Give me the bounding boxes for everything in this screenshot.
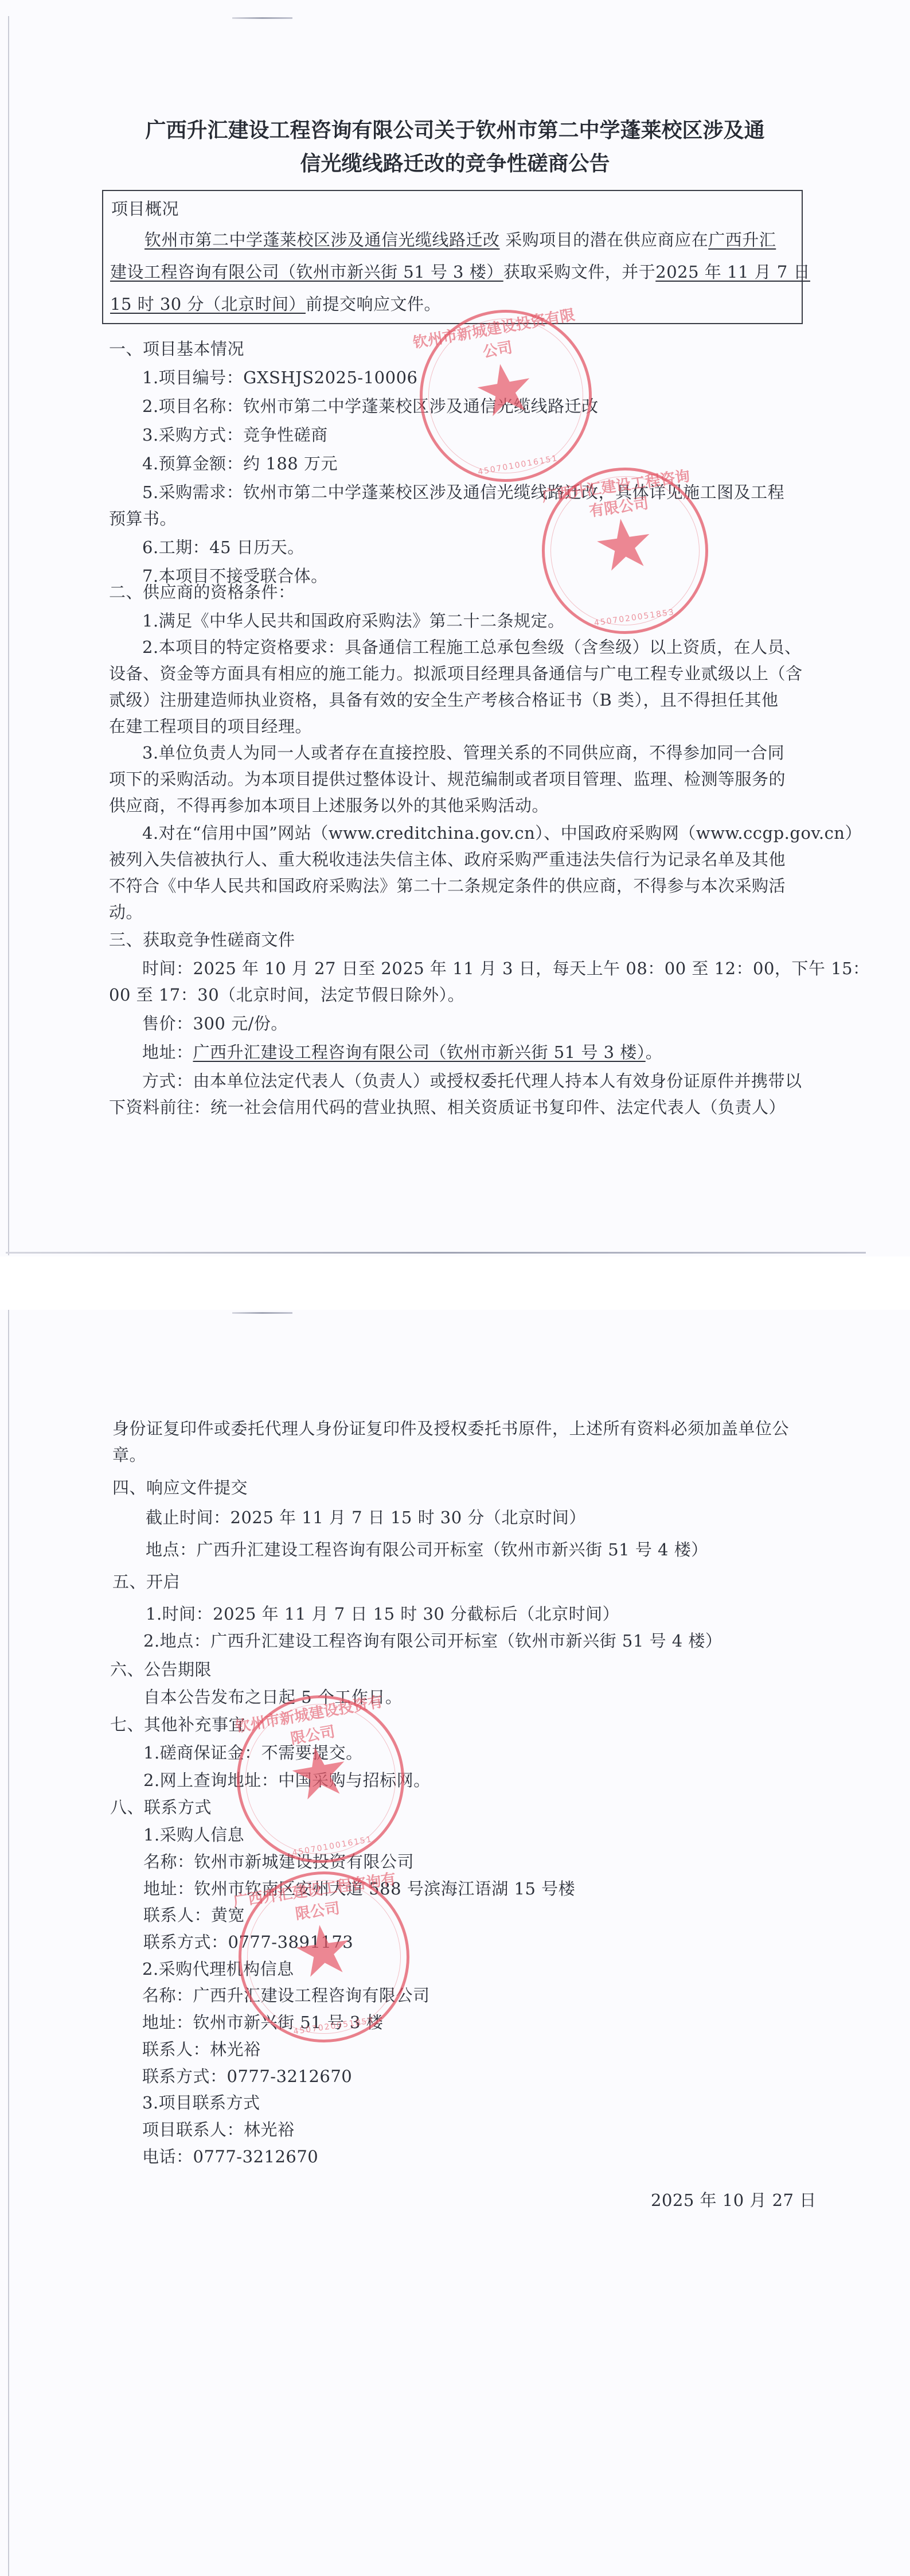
section-2-line: 2.本项目的特定资格要求：具备通信工程施工总承包叁级（含叁级）以上资质，在人员、 xyxy=(142,636,802,659)
section-1-item: 1.项目编号：GXSHJS2025-10006 xyxy=(142,366,418,389)
section-4-heading: 四、响应文件提交 xyxy=(112,1476,248,1499)
project-name-underlined: 钦州市第二中学蓬莱校区涉及通信光缆线路迁改 xyxy=(144,230,500,250)
deadline-time-underlined: 15 时 30 分（北京时间） xyxy=(110,294,306,314)
address-label: 地址： xyxy=(142,1042,193,1062)
section-3-method: 身份证复印件或委托代理人身份证复印件及授权委托书原件，上述所有资料必须加盖单位公 xyxy=(112,1417,789,1440)
project-contact-phone: 电话：0777-3212670 xyxy=(142,2145,318,2168)
section-2-line: 被列入失信被执行人、重大税收违法失信主体、政府采购严重违法失信行为记录名单及其他 xyxy=(109,848,786,871)
page-edge xyxy=(8,16,9,1255)
section-3-time: 00 至 17：30（北京时间，法定节假日除外）。 xyxy=(109,983,464,1006)
section-4-place: 地点：广西升汇建设工程咨询有限公司开标室（钦州市新兴街 51 号 4 楼） xyxy=(146,1538,708,1561)
section-3-address: 地址：广西升汇建设工程咨询有限公司（钦州市新兴街 51 号 3 楼）。 xyxy=(142,1041,662,1064)
section-2-line: 4.对在“信用中国”网站（www.creditchina.gov.cn）、中国政… xyxy=(142,822,862,845)
agency-name: 名称：广西升汇建设工程咨询有限公司 xyxy=(142,1984,430,2007)
purchaser-address: 地址：钦州市钦南区安州大道 588 号滨海江语湖 15 号楼 xyxy=(143,1877,575,1900)
purchaser-name: 名称：钦州市新城建设投资有限公司 xyxy=(143,1850,414,1873)
overview-line-1: 钦州市第二中学蓬莱校区涉及通信光缆线路迁改 采购项目的潜在供应商应在广西升汇 xyxy=(144,228,776,251)
section-3-method: 下资料前往：统一社会信用代码的营业执照、相关资质证书复印件、法定代表人（负责人） xyxy=(109,1096,786,1119)
section-1-item: 2.项目名称：钦州市第二中学蓬莱校区涉及通信光缆线路迁改 xyxy=(142,395,599,418)
section-8-heading: 八、联系方式 xyxy=(110,1796,212,1819)
section-2-line: 动。 xyxy=(109,901,143,924)
seal-code: 4507020051853 xyxy=(554,602,715,633)
document-title-line-2: 信光缆线路迁改的竞争性磋商公告 xyxy=(0,148,910,180)
scan-edge-line xyxy=(232,1312,292,1314)
section-1-item: 6.工期：45 日历天。 xyxy=(142,536,304,559)
address-value-underlined: 广西升汇建设工程咨询有限公司（钦州市新兴街 51 号 3 楼） xyxy=(193,1042,646,1062)
section-7-heading: 七、其他补充事宜 xyxy=(110,1713,245,1736)
agency-heading: 2.采购代理机构信息 xyxy=(142,1958,294,1980)
scan-edge-line xyxy=(6,1252,866,1254)
purchaser-heading: 1.采购人信息 xyxy=(143,1823,244,1846)
section-5-time: 1.时间：2025 年 11 月 7 日 15 时 30 分截标后（北京时间） xyxy=(146,1602,619,1625)
section-2-line: 贰级）注册建造师执业资格，具备有效的安全生产考核合格证书（B 类），且不得担任其… xyxy=(109,688,779,711)
section-1-item: 4.预算金额：约 188 万元 xyxy=(142,452,338,475)
project-contact-heading: 3.项目联系方式 xyxy=(142,2091,260,2114)
section-7-item: 1.磋商保证金：不需要提交。 xyxy=(143,1741,363,1764)
agency-contact: 联系人：林光裕 xyxy=(142,2038,261,2061)
section-2-heading: 二、供应商的资格条件： xyxy=(109,581,295,604)
section-5-place: 2.地点：广西升汇建设工程咨询有限公司开标室（钦州市新兴街 51 号 4 楼） xyxy=(143,1629,722,1652)
section-3-price: 售价：300 元/份。 xyxy=(142,1012,288,1035)
section-3-method: 方式：由本单位法定代表人（负责人）或授权委托代理人持本人有效身份证原件并携带以 xyxy=(142,1069,802,1092)
section-1-item: 3.采购方式：竞争性磋商 xyxy=(142,423,328,446)
star-icon: ★ xyxy=(589,507,659,584)
section-2-line: 1.满足《中华人民共和国政府采购法》第二十二条规定。 xyxy=(142,609,565,632)
overview-text: 采购项目的潜在供应商应在 xyxy=(505,230,708,250)
section-2-line: 不符合《中华人民共和国政府采购法》第二十二条规定条件的供应商，不得参与本次采购活 xyxy=(109,874,786,897)
project-contact-person: 项目联系人：林光裕 xyxy=(142,2118,295,2141)
purchaser-phone: 联系方式：0777-3891173 xyxy=(143,1931,353,1954)
address-end: 。 xyxy=(646,1042,663,1062)
section-2-line: 3.单位负责人为同一人或者存在直接控股、管理关系的不同供应商，不得参加同一合同 xyxy=(142,741,784,764)
section-4-deadline: 截止时间：2025 年 11 月 7 日 15 时 30 分（北京时间） xyxy=(146,1506,586,1529)
section-3-heading: 三、获取竞争性磋商文件 xyxy=(109,928,295,951)
purchaser-contact: 联系人：黄宽 xyxy=(143,1904,245,1927)
overview-line-3: 15 时 30 分（北京时间）前提交响应文件。 xyxy=(110,293,441,316)
agency-phone: 联系方式：0777-3212670 xyxy=(142,2065,352,2088)
page-1: 广西升汇建设工程咨询有限公司关于钦州市第二中学蓬莱校区涉及通 信光缆线路迁改的竞… xyxy=(0,0,910,1256)
scan-edge-line xyxy=(232,17,292,19)
section-5-heading: 五、开启 xyxy=(112,1570,180,1593)
section-2-line: 在建工程项目的项目经理。 xyxy=(109,715,312,738)
section-7-item: 2.网上查询地址：中国采购与招标网。 xyxy=(143,1769,431,1792)
deadline-date-underlined: 2025 年 11 月 7 日 xyxy=(655,262,810,282)
agency-name-underlined: 广西升汇 xyxy=(708,230,776,250)
overview-text: 前提交响应文件。 xyxy=(306,294,441,314)
overview-text: 获取采购文件，并于 xyxy=(503,262,656,282)
section-2-line: 供应商，不得再参加本项目上述服务以外的其他采购活动。 xyxy=(109,794,549,817)
overview-line-2: 建设工程咨询有限公司（钦州市新兴街 51 号 3 楼）获取采购文件，并于2025… xyxy=(110,260,810,283)
section-1-item: 预算书。 xyxy=(109,507,177,530)
section-3-method: 章。 xyxy=(112,1443,146,1466)
section-2-line: 设备、资金等方面具有相应的施工能力。拟派项目经理具备通信与广电工程专业贰级以上（… xyxy=(109,662,803,685)
section-1-item: 5.采购需求：钦州市第二中学蓬莱校区涉及通信光缆线路迁改，具体详见施工图及工程 xyxy=(142,481,784,504)
notice-date: 2025 年 10 月 27 日 xyxy=(651,2189,817,2212)
seal-code: 4507010016151 xyxy=(435,446,600,484)
agency-address-underlined: 建设工程咨询有限公司（钦州市新兴街 51 号 3 楼） xyxy=(110,262,503,282)
section-6-heading: 六、公告期限 xyxy=(110,1658,212,1681)
section-3-time: 时间：2025 年 10 月 27 日至 2025 年 11 月 3 日，每天上… xyxy=(142,957,870,980)
page-2 xyxy=(0,1310,910,2576)
page-edge xyxy=(8,1310,9,2576)
section-6-text: 自本公告发布之日起 5 个工作日。 xyxy=(143,1686,402,1709)
agency-address: 地址：钦州市新兴街 51 号 3 楼 xyxy=(142,2011,383,2034)
document-title-line-1: 广西升汇建设工程咨询有限公司关于钦州市第二中学蓬莱校区涉及通 xyxy=(0,115,910,147)
section-1-heading: 一、项目基本情况 xyxy=(109,337,244,360)
star-icon: ★ xyxy=(468,351,541,430)
section-2-line: 项下的采购活动。为本项目提供过整体设计、规范编制或者项目管理、监理、检测等服务的 xyxy=(109,768,786,791)
overview-heading: 项目概况 xyxy=(111,197,179,220)
